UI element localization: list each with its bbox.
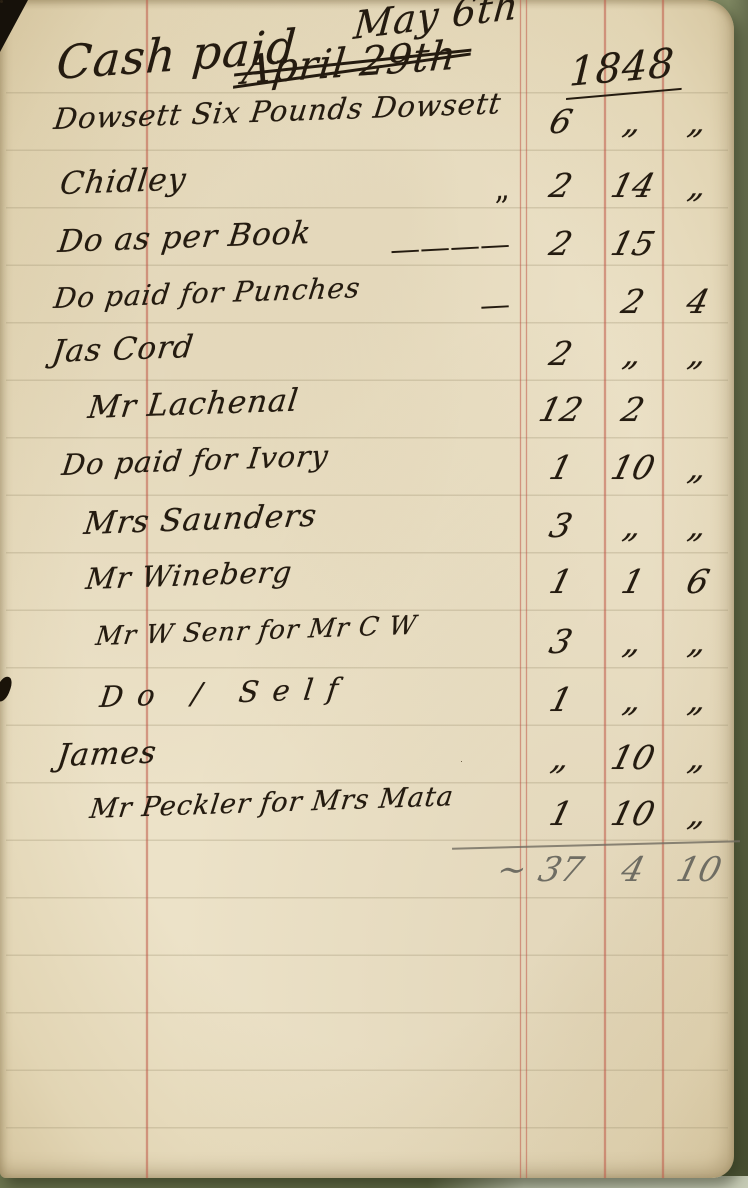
entry-description: Do paid for Ivory [60,439,331,482]
entry-pounds: 1 [517,794,605,833]
binding-corner [0,0,28,52]
ledger-row: Do paid for Ivory 1 10 „ [0,448,734,500]
year: 1848 [566,39,684,100]
entry-description: Do as per Book [56,215,314,260]
entry-shillings: 1 [599,562,667,601]
entry-pounds: 12 [517,390,605,429]
entry-shillings: „ [599,102,667,141]
entry-shillings: 10 [599,738,667,777]
entry-shillings: 14 [599,166,667,205]
entry-pounds: 6 [517,102,605,141]
total-shillings: 4 [599,850,667,890]
entry-pence: „ [659,448,737,487]
entry-description: Chidley [58,161,189,202]
ledger-page: Cash paid April 29th May 6th 1848 Dowset… [0,0,734,1178]
entry-description: Mr W Senr for Mr C W [94,611,419,652]
ledger-row: Mr W Senr for Mr C W 3 „ „ [0,622,734,674]
entry-pence: 6 [659,562,737,601]
entry-pence: „ [659,166,737,205]
entry-dash: „ [494,172,511,208]
ledger-row: Jas Cord 2 „ „ [0,334,734,386]
ledger-row: Mr Lachenal 12 2 [0,390,734,442]
ledger-row: Do / Self 1 „ „ [0,680,734,732]
entry-pence: „ [659,334,737,373]
entry-description: Mr Lachenal [86,382,301,426]
entry-description: James [55,734,159,774]
total-pence: 10 [659,850,739,890]
entry-pounds: 1 [517,562,605,601]
entry-pounds: 2 [517,224,605,263]
entry-shillings: 2 [599,390,667,429]
ledger-row: Do paid for Punches — 2 4 [0,282,734,334]
entry-pounds: „ [517,738,605,777]
entry-shillings: 2 [599,282,667,321]
entry-shillings: „ [599,506,667,545]
entry-description: Jas Cord [50,329,196,370]
ledger-row: James „ 10 „ [0,738,734,790]
entry-pounds: 2 [517,334,605,373]
entry-shillings: 15 [599,224,667,263]
total-pounds: 37 [517,850,605,890]
ledger-row: Mrs Saunders 3 „ „ [0,506,734,558]
entry-pence: „ [659,738,737,777]
entry-pounds: 1 [517,448,605,487]
entry-pence: „ [659,680,737,719]
entry-pence: „ [659,506,737,545]
ledger-row: Chidley „ 2 14 „ [0,166,734,218]
entry-description: Mrs Saunders [82,498,319,542]
ledger-row: Mr Wineberg 1 1 6 [0,562,734,614]
entry-shillings: 10 [599,794,667,833]
entry-pounds: 3 [517,506,605,545]
entry-dash: ———— [389,227,511,268]
entry-shillings: „ [599,334,667,373]
entry-pence: „ [659,622,737,661]
ledger-row: Dowsett Six Pounds Dowsett 6 „ „ [0,102,734,154]
entry-description: Mr Wineberg [84,555,294,596]
ledger-row: Mr Peckler for Mrs Mata 1 10 „ [0,794,734,846]
entry-shillings: „ [599,680,667,719]
entry-shillings: „ [599,622,667,661]
entry-dash: — [479,287,511,324]
total-row: ~ 37 4 10 [0,850,734,902]
entry-description: Dowsett Six Pounds Dowsett [52,86,503,136]
entry-description: Do paid for Punches [52,271,363,315]
entry-pence: „ [659,102,737,141]
entry-description: Do / Self [98,671,354,714]
ledger-row: Do as per Book ———— 2 15 [0,224,734,276]
entry-pence: „ [659,794,737,833]
ink-specks [0,0,3,3]
entry-pounds: 2 [517,166,605,205]
entry-shillings: 10 [599,448,667,487]
entry-pounds: 3 [517,622,605,661]
entry-pounds: 1 [517,680,605,719]
entry-pence: 4 [659,282,737,321]
